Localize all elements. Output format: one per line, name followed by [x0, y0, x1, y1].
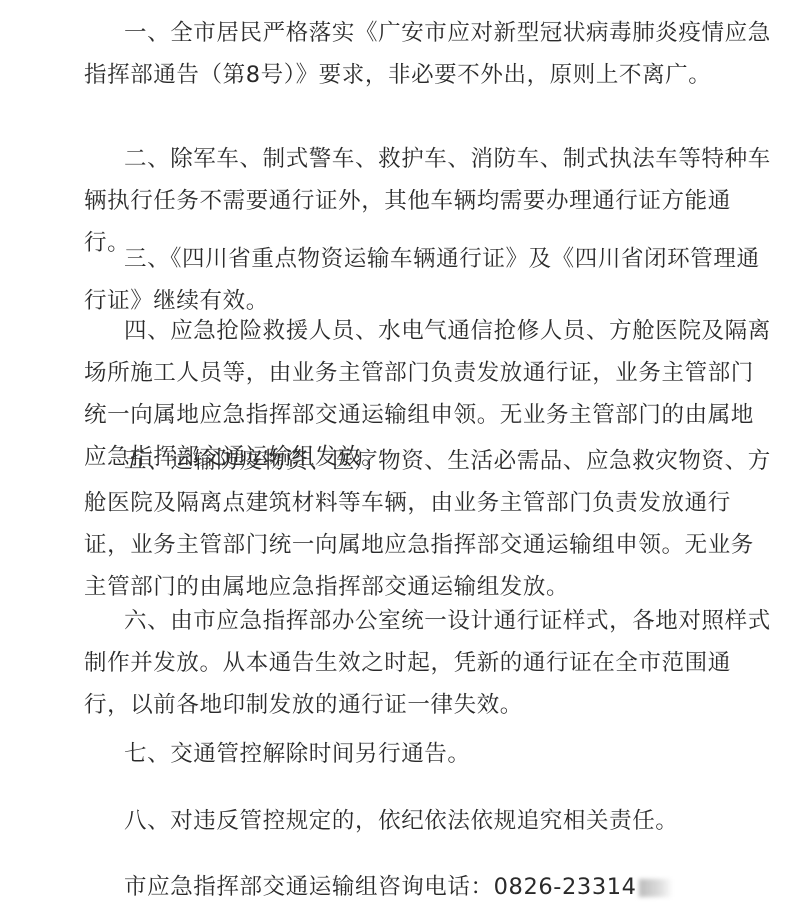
paragraph-6: 六、由市应急指挥部办公室统一设计通行证样式，各地对照样式制作并发放。从本通告生效… [84, 600, 774, 726]
paragraph-8: 八、对违反管控规定的，依纪依法依规追究相关责任。 [84, 800, 774, 842]
contact-line: 市应急指挥部交通运输组咨询电话：0826-23314 [124, 866, 673, 908]
redacted-blur [639, 879, 673, 897]
paragraph-1: 一、全市居民严格落实《广安市应对新型冠状病毒肺炎疫情应急指挥部通告（第8号）》要… [84, 12, 774, 96]
document-page: 一、全市居民严格落实《广安市应对新型冠状病毒肺炎疫情应急指挥部通告（第8号）》要… [0, 0, 800, 908]
paragraph-7: 七、交通管控解除时间另行通告。 [84, 733, 774, 775]
contact-label: 市应急指挥部交通运输组咨询电话： [124, 874, 494, 900]
paragraph-5: 五、运输防疫物资、医疗物资、生活必需品、应急救灾物资、方舱医院及隔离点建筑材料等… [84, 440, 774, 608]
contact-phone: 0826-23314 [494, 874, 637, 900]
